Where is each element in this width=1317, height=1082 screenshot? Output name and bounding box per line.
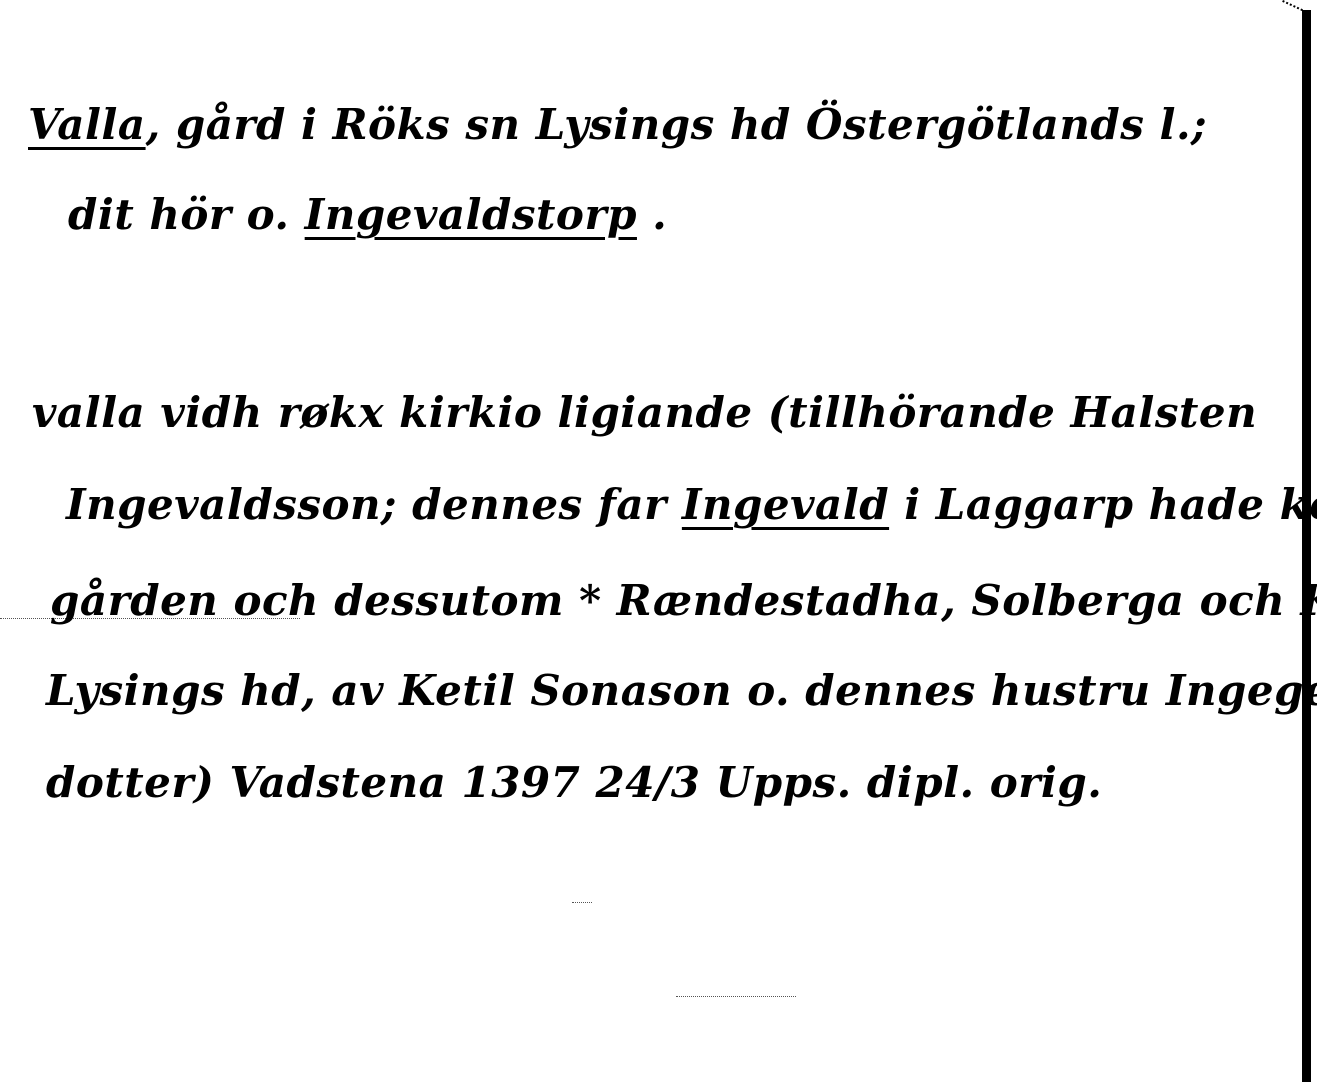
place-name-ingevaldstorp: Ingevaldstorp (305, 190, 637, 239)
index-card: Valla, gård i Röks sn Lysings hd Östergö… (0, 0, 1317, 1082)
citation-line-3: gården och dessutom * Rændestadha, Solbe… (50, 576, 1317, 625)
faint-mark (572, 902, 592, 903)
header-line-2-prefix: dit hör o. (68, 190, 305, 239)
faint-mark (676, 996, 796, 997)
corner-mark (1278, 0, 1303, 20)
citation-line-2-suffix: i Laggarp hade köpt (889, 480, 1317, 529)
citation-line-5: dotter) Vadstena 1397 24/3 Upps. dipl. o… (46, 758, 1102, 807)
citation-line-2-prefix: Ingevaldsson; dennes far (66, 480, 682, 529)
person-name-ingevald: Ingevald (682, 480, 889, 529)
citation-line-2: Ingevaldsson; dennes far Ingevald i Lagg… (66, 480, 1317, 529)
card-right-border (1302, 10, 1311, 1082)
header-line-2: dit hör o. Ingevaldstorp . (68, 190, 667, 239)
citation-line-4: Lysings hd, av Ketil Sonason o. dennes h… (46, 666, 1317, 715)
headword: Valla (28, 100, 146, 149)
citation-line-1: valla vidh røkx kirkio ligiande (tillhör… (32, 388, 1257, 437)
header-line-1-text: , gård i Röks sn Lysings hd Östergötland… (146, 100, 1208, 149)
header-line-2-suffix: . (637, 190, 667, 239)
header-line-1: Valla, gård i Röks sn Lysings hd Östergö… (28, 100, 1207, 149)
